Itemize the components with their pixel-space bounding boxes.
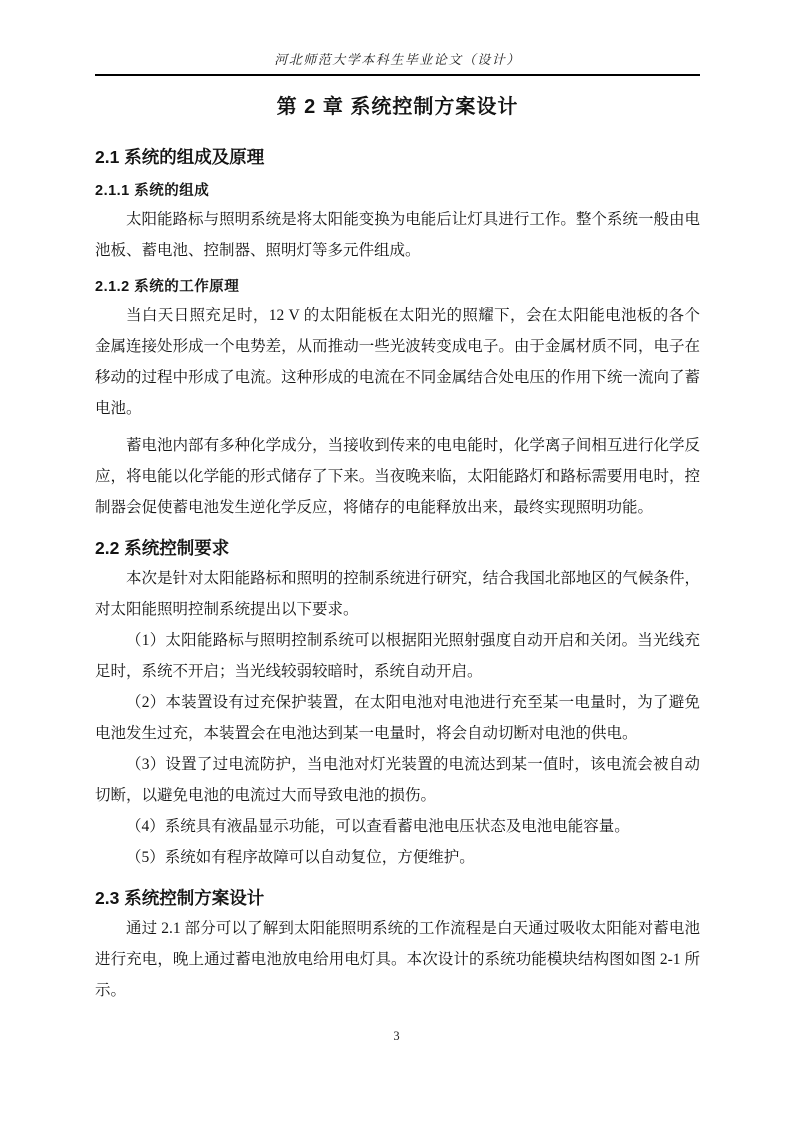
paragraph-system-composition: 太阳能路标与照明系统是将太阳能变换为电能后让灯具进行工作。整个系统一般由电池板、… — [95, 204, 700, 266]
paragraph-working-principle-2: 蓄电池内部有多种化学成分，当接收到传来的电电能时，化学离子间相互进行化学反应，将… — [95, 430, 700, 523]
header-rule — [95, 74, 700, 76]
subsection-heading-2-1-1: 2.1.1 系统的组成 — [95, 181, 700, 201]
requirement-item-1: （1）太阳能路标与照明控制系统可以根据阳光照射强度自动开启和关闭。当光线充足时，… — [95, 625, 700, 687]
requirement-item-2: （2）本装置设有过充保护装置，在太阳电池对电池进行充至某一电量时，为了避免电池发… — [95, 687, 700, 749]
paragraph-control-requirements-intro: 本次是针对太阳能路标和照明的控制系统进行研究，结合我国北部地区的气候条件，对太阳… — [95, 563, 700, 625]
chapter-title: 第 2 章 系统控制方案设计 — [95, 93, 700, 121]
document-page: 河北师范大学本科生毕业论文（设计） 第 2 章 系统控制方案设计 2.1 系统的… — [0, 0, 793, 1122]
running-header: 河北师范大学本科生毕业论文（设计） — [95, 52, 700, 68]
subsection-heading-2-1-2: 2.1.2 系统的工作原理 — [95, 277, 700, 297]
section-heading-2-3: 2.3 系统控制方案设计 — [95, 886, 700, 910]
requirement-item-4: （4）系统具有液晶显示功能，可以查看蓄电池电压状态及电池电能容量。 — [95, 811, 700, 842]
section-heading-2-2: 2.2 系统控制要求 — [95, 536, 700, 560]
page-number: 3 — [0, 1029, 793, 1044]
paragraph-working-principle-1: 当白天日照充足时，12 V 的太阳能板在太阳光的照耀下，会在太阳能电池板的各个金… — [95, 300, 700, 424]
page-content: 河北师范大学本科生毕业论文（设计） 第 2 章 系统控制方案设计 2.1 系统的… — [0, 0, 793, 1006]
section-heading-2-1: 2.1 系统的组成及原理 — [95, 145, 700, 169]
paragraph-scheme-design: 通过 2.1 部分可以了解到太阳能照明系统的工作流程是白天通过吸收太阳能对蓄电池… — [95, 913, 700, 1006]
requirement-item-5: （5）系统如有程序故障可以自动复位，方便维护。 — [95, 842, 700, 873]
requirement-item-3: （3）设置了过电流防护，当电池对灯光装置的电流达到某一值时，该电流会被自动切断，… — [95, 749, 700, 811]
